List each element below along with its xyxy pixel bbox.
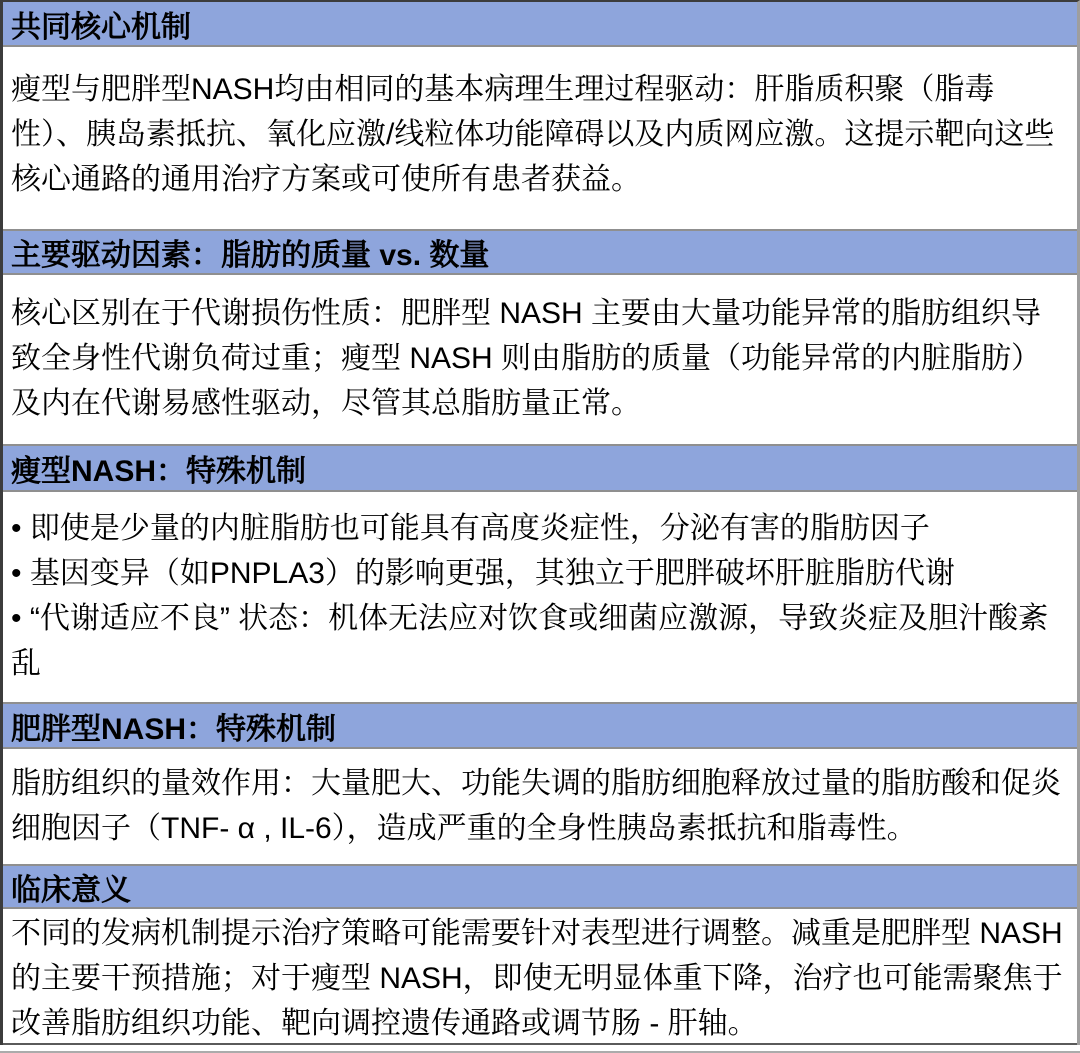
bottom-margin-strip — [0, 1045, 1080, 1053]
section-body-common-core-mechanisms: 瘦型与肥胖型NASH均由相同的基本病理生理过程驱动：肝脂质积聚（脂毒性）、胰岛素… — [3, 47, 1077, 231]
section-header-common-core-mechanisms: 共同核心机制 — [3, 2, 1077, 47]
section-header-label: 临床意义 — [11, 866, 131, 909]
body-paragraph: 不同的发病机制提示治疗策略可能需要针对表型进行调整。减重是肥胖型 NASH 的主… — [11, 911, 1067, 1045]
section-header-label: 主要驱动因素：脂肪的质量 vs. 数量 — [11, 231, 489, 274]
section-header-obese-nash-mechanisms: 肥胖型NASH：特殊机制 — [3, 704, 1077, 749]
section-header-label: 共同核心机制 — [11, 2, 191, 46]
section-header-primary-driver: 主要驱动因素：脂肪的质量 vs. 数量 — [3, 231, 1077, 275]
section-header-label: 肥胖型NASH：特殊机制 — [11, 704, 336, 748]
section-header-clinical-significance: 临床意义 — [3, 866, 1077, 909]
section-body-obese-nash-mechanisms: 脂肪组织的量效作用：大量肥大、功能失调的脂肪细胞释放过量的脂肪酸和促炎细胞因子（… — [3, 749, 1077, 866]
section-body-lean-nash-mechanisms: • 即使是少量的内脏脂肪也可能具有高度炎症性，分泌有害的脂肪因子 • 基因变异（… — [3, 492, 1077, 704]
body-paragraph: 脂肪组织的量效作用：大量肥大、功能失调的脂肪细胞释放过量的脂肪酸和促炎细胞因子（… — [11, 761, 1067, 851]
section-body-primary-driver: 核心区别在于代谢损伤性质：肥胖型 NASH 主要由大量功能异常的脂肪组织导致全身… — [3, 275, 1077, 446]
section-body-clinical-significance: 不同的发病机制提示治疗策略可能需要针对表型进行调整。减重是肥胖型 NASH 的主… — [3, 909, 1077, 1045]
bullet-item: • 即使是少量的内脏脂肪也可能具有高度炎症性，分泌有害的脂肪因子 — [11, 506, 1067, 551]
nash-comparison-summary-table: 共同核心机制 瘦型与肥胖型NASH均由相同的基本病理生理过程驱动：肝脂质积聚（脂… — [0, 0, 1080, 1045]
bullet-item: • “代谢适应不良” 状态：机体无法应对饮食或细菌应激源，导致炎症及胆汁酸紊乱 — [11, 596, 1067, 686]
body-paragraph: 核心区别在于代谢损伤性质：肥胖型 NASH 主要由大量功能异常的脂肪组织导致全身… — [11, 291, 1067, 426]
bullet-item: • 基因变异（如PNPLA3）的影响更强，其独立于肥胖破坏肝脏脂肪代谢 — [11, 551, 1067, 596]
section-header-label: 瘦型NASH：特殊机制 — [11, 446, 306, 490]
section-header-lean-nash-mechanisms: 瘦型NASH：特殊机制 — [3, 446, 1077, 492]
body-paragraph: 瘦型与肥胖型NASH均由相同的基本病理生理过程驱动：肝脂质积聚（脂毒性）、胰岛素… — [11, 67, 1067, 202]
